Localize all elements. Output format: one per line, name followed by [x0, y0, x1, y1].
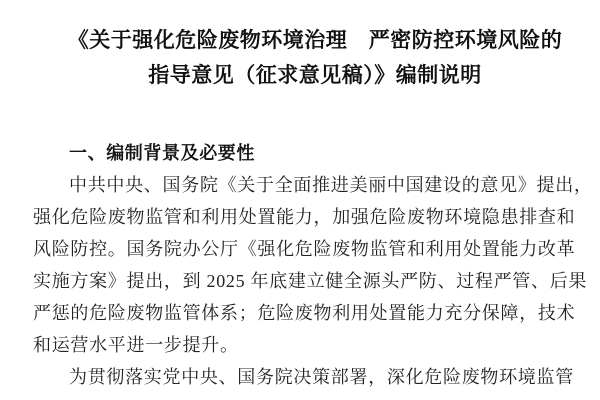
document-title: 《关于强化危险废物环境治理 严密防控环境风险的 指导意见（征求意见稿）》编制说明 [30, 0, 600, 93]
document-page: 《关于强化危险废物环境治理 严密防控环境风险的 指导意见（征求意见稿）》编制说明… [0, 0, 600, 400]
paragraph-line: 为贯彻落实党中央、国务院决策部署，深化危险废物环境监管 [33, 361, 580, 393]
paragraph-line: 严惩的危险废物监管体系；危险废物利用处置能力充分保障，技术 [33, 297, 580, 329]
paragraph-line: 风险防控。国务院办公厅《强化危险废物监管和利用处置能力改革 [33, 233, 580, 265]
document-title-line-2: 指导意见（征求意见稿）》编制说明 [30, 58, 600, 93]
document-body: 一、编制背景及必要性 中共中央、国务院《关于全面推进美丽中国建设的意见》提出， … [33, 137, 580, 393]
paragraph-line: 实施方案》提出，到 2025 年底建立健全源头严防、过程严管、后果 [33, 265, 580, 297]
paragraph-line: 和运营水平进一步提升。 [33, 329, 580, 361]
paragraph-line: 中共中央、国务院《关于全面推进美丽中国建设的意见》提出， [33, 169, 580, 201]
document-title-line-1: 《关于强化危险废物环境治理 严密防控环境风险的 [30, 23, 600, 58]
paragraph-line: 强化危险废物监管和利用处置能力，加强危险废物环境隐患排查和 [33, 201, 580, 233]
section-heading: 一、编制背景及必要性 [33, 137, 580, 169]
